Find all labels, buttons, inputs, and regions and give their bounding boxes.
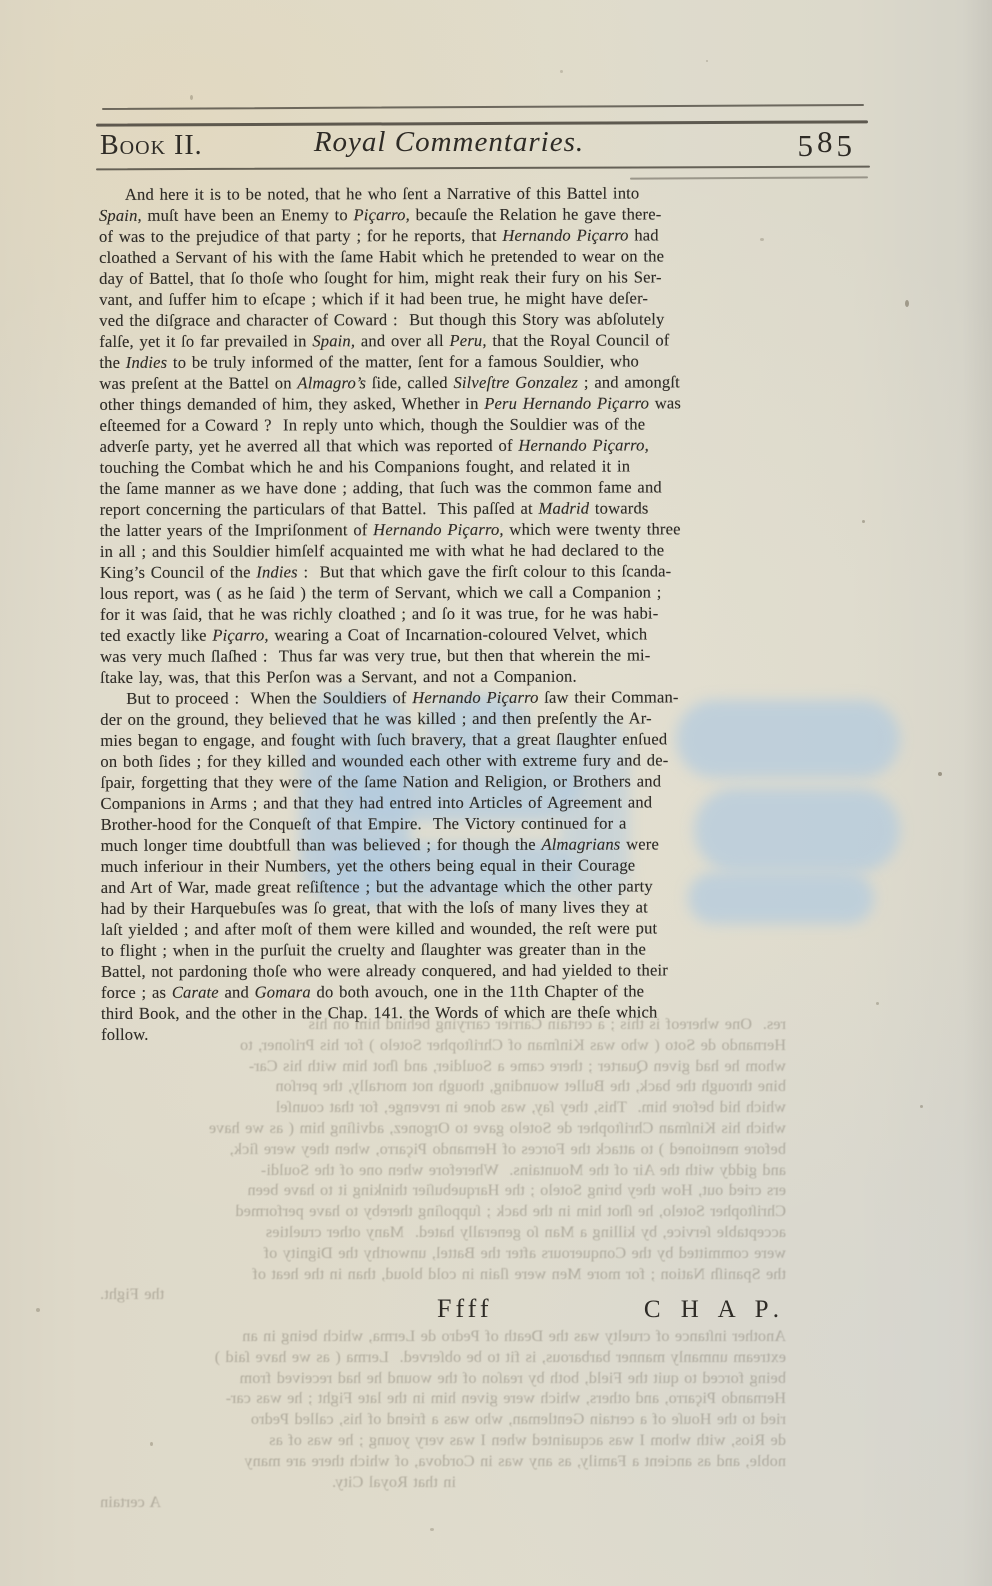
ghost-text-line: Hernando Piçarro, and others, which were… bbox=[100, 1388, 786, 1409]
text-line: the latter years of the Impriſonment of … bbox=[100, 518, 786, 541]
page-number: 585 bbox=[798, 128, 857, 164]
text-line: to flight ; when in the purſuit the crue… bbox=[101, 938, 787, 961]
book-page-scan: res. One whereof is this ; a certain Car… bbox=[0, 0, 992, 1586]
ghost-text-line: ers cried out, How they bring Sotelo ; t… bbox=[100, 1180, 786, 1201]
ghost-catchword: A certain bbox=[100, 1492, 786, 1513]
text-line: mies began to engage, and fought with ſu… bbox=[100, 728, 786, 751]
ghost-text-line: being forced to quit the Field, both by … bbox=[100, 1368, 786, 1389]
running-title: Royal Commentaries. bbox=[100, 126, 798, 159]
text-line: much longer time doubtfull than was beli… bbox=[101, 833, 787, 856]
header-rule-echo bbox=[630, 176, 868, 179]
ghost-text-line: noble, and as ancient a Family, as any w… bbox=[100, 1451, 786, 1472]
text-line: other things demanded of him, they asked… bbox=[99, 392, 785, 415]
text-line: had by their Harquebuſes was ſo great, t… bbox=[101, 896, 787, 919]
catchword: C H A P. bbox=[560, 1296, 786, 1324]
text-line: and Art of War, made great reſiſtence ; … bbox=[101, 875, 787, 898]
text-line: touching the Combat which he and his Com… bbox=[100, 455, 786, 478]
text-line: in all ; and this Souldier himſelf acqua… bbox=[100, 539, 786, 562]
text-line: vant, and ſuffer him to eſcape ; which i… bbox=[99, 287, 785, 310]
ghost-text-line: acceptable ſervice, by killing a Man ſo … bbox=[100, 1222, 786, 1243]
text-line: Companions in Arms ; and that they had e… bbox=[100, 791, 786, 814]
text-line: the Indies to be truly informed of the m… bbox=[99, 350, 785, 373]
text-line: King’s Council of the Indies : But that … bbox=[100, 560, 786, 583]
text-line: was preſent at the Battel on Almagro’s ſ… bbox=[99, 371, 785, 394]
text-line: of was to the prejudice of that party ; … bbox=[99, 224, 785, 247]
text-line: force ; as Carate and Gomara do both avo… bbox=[101, 980, 787, 1003]
ghost-text-line: in that Royal City. bbox=[100, 1472, 786, 1493]
page-header: Book II. Royal Commentaries. 585 bbox=[100, 126, 868, 170]
ghost-text-line: the Spaniſh Nation ; for more Men were ſ… bbox=[100, 1264, 786, 1285]
text-line: much inferiour in their Numbers, yet the… bbox=[101, 854, 787, 877]
signature-mark: Ffff bbox=[437, 1294, 493, 1324]
ghost-text-line: Another inſtance of cruelty was the Deat… bbox=[100, 1326, 786, 1347]
ghost-text-line: Chriſtopher Sotelo, he ſhot him in the b… bbox=[100, 1201, 786, 1222]
ghost-text-line: ried to the Houſe of a certain Gentleman… bbox=[100, 1409, 786, 1430]
text-line: laſt yielded ; and after moſt of them we… bbox=[101, 917, 787, 940]
paragraph: And here it is to be noted, that he who … bbox=[99, 182, 786, 688]
text-line: lous report, was ( as he ſaid ) the term… bbox=[100, 581, 786, 604]
text-line: follow. bbox=[101, 1022, 787, 1045]
ghost-text-line: de Rios, with whom I was acquainted when… bbox=[100, 1430, 786, 1451]
body-text: And here it is to be noted, that he who … bbox=[99, 182, 787, 1045]
ghost-text-line: before mentioned ) to attack the Forces … bbox=[100, 1139, 786, 1160]
text-line: But to proceed : When the Souldiers of H… bbox=[100, 686, 786, 709]
ghost-text-line: and giddy with the Air of the Mountains.… bbox=[100, 1160, 786, 1181]
text-line: was very much ſlaſhed : Thus far was ver… bbox=[100, 644, 786, 667]
text-line: And here it is to be noted, that he who … bbox=[99, 182, 785, 205]
text-line: the ſame manner as we have done ; adding… bbox=[100, 476, 786, 499]
text-line: ſtake lay, was, that this Perſon was a S… bbox=[100, 665, 786, 688]
text-line: cloathed a Servant of his with the ſame … bbox=[99, 245, 785, 268]
text-line: ted exactly like Piçarro, wearing a Coat… bbox=[100, 623, 786, 646]
text-line: der on the ground, they believed that he… bbox=[100, 707, 786, 730]
ghost-text-line: which hid before him. This, they ſay, wa… bbox=[100, 1097, 786, 1118]
paragraph: But to proceed : When the Souldiers of H… bbox=[100, 686, 787, 1045]
text-line: falſe, yet it ſo far prevailed in Spain,… bbox=[99, 329, 785, 352]
ghost-text-line: bine through the back, the Bullet woundi… bbox=[100, 1076, 786, 1097]
ghost-text-line: were committed by the Conquerours after … bbox=[100, 1243, 786, 1264]
text-line: ved the diſgrace and character of Coward… bbox=[99, 308, 785, 331]
text-line: third Book, and the other in the Chap. 1… bbox=[101, 1001, 787, 1024]
text-line: day of Battel, that ſo thoſe who ſought … bbox=[99, 266, 785, 289]
ghost-text-line: whom he had given Quarter ; there came a… bbox=[100, 1056, 786, 1077]
text-line: adverſe party, yet he averred all that w… bbox=[100, 434, 786, 457]
text-line: for it was ſaid, that he was richly cloa… bbox=[100, 602, 786, 625]
verso-showthrough-text: res. One whereof is this ; a certain Car… bbox=[100, 1014, 786, 1513]
text-line: report concerning the particulars of tha… bbox=[100, 497, 786, 520]
header-rule-top bbox=[102, 104, 864, 110]
text-line: Spain, muſt have been an Enemy to Piçarr… bbox=[99, 203, 785, 226]
ghost-text-line: which his Kinſman Chriſtopher de Sotelo … bbox=[100, 1118, 786, 1139]
ghost-text-line: extream unmanly manner barbarous, is fit… bbox=[100, 1347, 786, 1368]
text-line: ſpair, forgetting that they were of the … bbox=[100, 770, 786, 793]
text-line: eſteemed for a Coward ? In reply unto wh… bbox=[99, 413, 785, 436]
text-line: Brother-hood for the Conqueſt of that Em… bbox=[101, 812, 787, 835]
text-line: on both ſides ; for they killed and woun… bbox=[100, 749, 786, 772]
text-line: Battel, not pardoning thoſe who were alr… bbox=[101, 959, 787, 982]
